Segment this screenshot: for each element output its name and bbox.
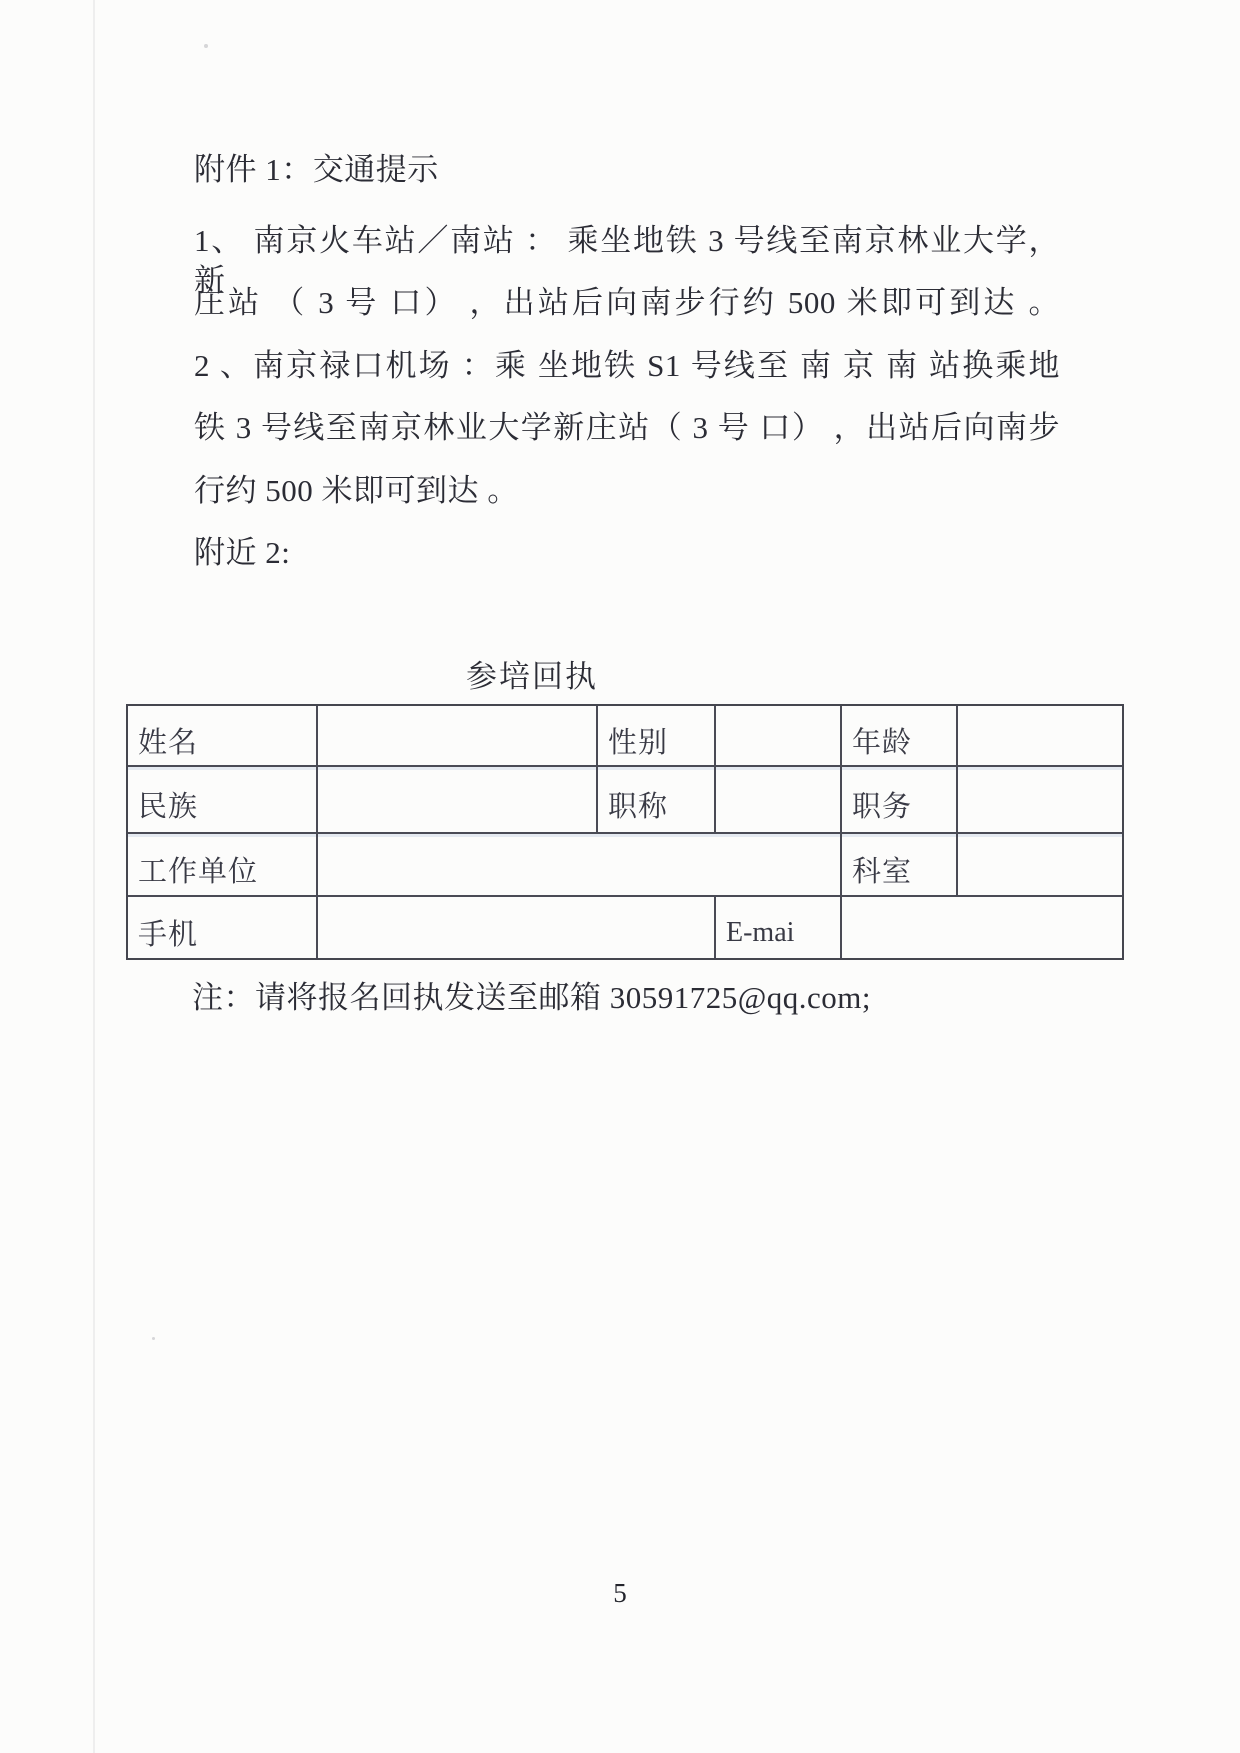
field-label-work-unit: 工作单位	[128, 834, 318, 897]
field-label-prof-title: 职称	[598, 767, 716, 834]
field-value-name	[318, 706, 598, 767]
registration-note: 注：请将报名回执发送至邮箱 30591725@qq.com;	[192, 978, 871, 1018]
field-value-position	[958, 767, 1122, 834]
page-number: 5	[0, 1578, 1240, 1609]
field-label-department: 科室	[842, 834, 958, 897]
field-value-age	[958, 706, 1122, 767]
registration-form-table: 姓名 性别 年龄 民族 职称 职务 工作单位 科室 手机 E-mai	[126, 704, 1124, 960]
field-value-email	[842, 897, 1122, 958]
field-value-mobile	[318, 897, 716, 958]
scan-speck	[152, 1337, 155, 1340]
field-label-name: 姓名	[128, 706, 318, 767]
directions-line-3: 2 、南京禄口机场 ：乘 坐地铁 S1 号线至 南 京 南 站换乘地	[194, 346, 1060, 386]
field-value-department	[958, 834, 1122, 897]
field-label-mobile: 手机	[128, 897, 318, 958]
field-label-position: 职务	[842, 767, 958, 834]
attachment-1-heading: 附件 1：交通提示	[194, 150, 439, 190]
field-label-age: 年龄	[842, 706, 958, 767]
registration-form-title: 参培回执	[466, 658, 598, 696]
field-label-ethnicity: 民族	[128, 767, 318, 834]
attachment-2-heading: 附近 2:	[194, 533, 290, 573]
scanned-document-page: 附件 1：交通提示 1、 南京火车站／南站 ： 乘坐地铁 3 号线至南京林业大学…	[0, 0, 1240, 1753]
field-value-ethnicity	[318, 767, 598, 834]
field-label-email: E-mai	[716, 897, 842, 958]
field-value-prof-title	[716, 767, 842, 834]
directions-line-4: 铁 3 号线至南京林业大学新庄站（ 3 号 口） ，出站后向南步	[194, 408, 1060, 448]
scan-artifact-line	[93, 0, 95, 1753]
field-value-gender	[716, 706, 842, 767]
scan-speck	[204, 44, 208, 48]
directions-line-2: 庄站 （ 3 号 口） ，出站后向南步行约 500 米即可到达 。	[194, 283, 1060, 323]
field-value-work-unit	[318, 834, 842, 897]
directions-line-5: 行约 500 米即可到达 。	[194, 471, 519, 511]
field-label-gender: 性别	[598, 706, 716, 767]
